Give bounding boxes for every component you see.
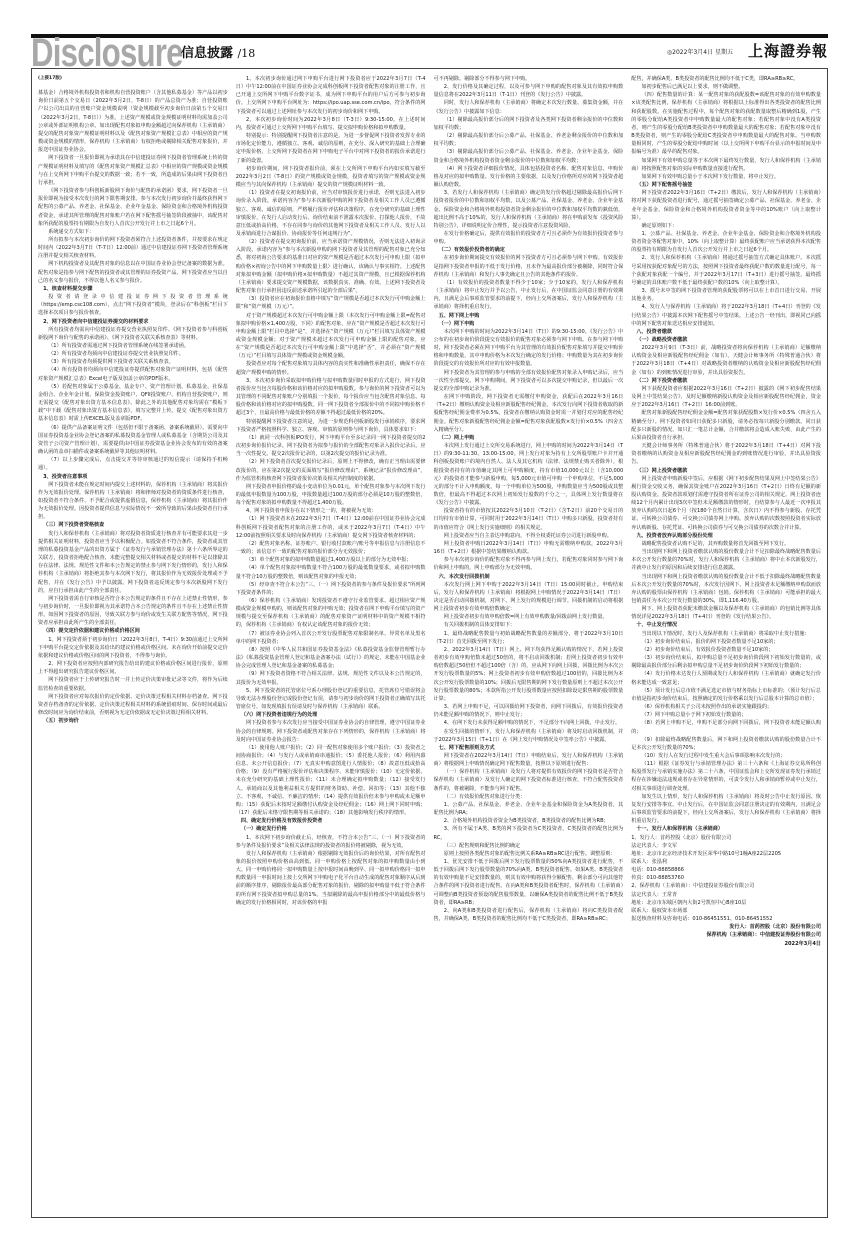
paragraph: （2）初步询价结束后，有效报价投资者数量不足10家的； [631, 646, 821, 654]
paragraph: 《网下投资者参与科创板新股网下询价与配售的承诺函》要求，网下投资者一旦报价即视为… [38, 187, 228, 228]
paragraph: 网下投资者应对每次报价的定价依据、定价决策过程相关材料存档备查。网下投资者存档备… [38, 693, 228, 717]
column-3: 可不再剔除。剔除部分不得参与网下申购。2、发行价格及其确定过程，以及可参与网下申… [434, 75, 624, 1211]
paragraph: 可不再剔除。剔除部分不得参与网下申购。 [434, 75, 624, 83]
paragraph: 网上投资者初步有效申购倍数=网上有效申购数量/回拨前网上发行数量。 [434, 613, 624, 621]
paragraph: 网下、网上投资者获配未缴款金额以及保荐机构（主承销商）的包销比例等具体情况详见2… [631, 605, 821, 621]
paragraph: （3）剔除最高报价部分后公募产品、社保基金、养老金、企业年金基金、保险资金和合格… [434, 148, 624, 164]
paragraph: 3、摇号未中签的网下投资者管理的获配股票将可以在上市首日进行交易、开展其他业务。 [631, 287, 821, 303]
dateline: ◎2022年3月4日 星期五 [667, 47, 733, 56]
section-heading: 九、投资者放弃认购部分股份处理 [631, 532, 821, 540]
section-heading: 2、网下投资者向中信建投证券提交的材料要求 [38, 318, 228, 326]
paragraph: （4）单个配售对象拟申购数量不符合100万股的最低数量要求，或者拟申购数量不符合… [236, 564, 426, 580]
section-heading: （四）提交定价依据和建议价格或价格区间 [38, 627, 228, 635]
paragraph: （1）剔除最高报价部分后的网下投资者及各类网下投资者剩余报价的中位数和加权平均数… [434, 116, 624, 132]
paragraph: 2、发行价格及其确定过程，以及可参与网下申购的配售对象及其有效拟申购数量信息将在… [434, 83, 624, 99]
paragraph: 投资者请登录中信建投证券网下投资者管理系统（https://emp.csc108… [38, 293, 228, 317]
paragraph: 网上投资者申购日2022年3月14日（T日）申购无需缴纳申购款，2022年3月1… [434, 540, 624, 556]
paragraph: （1）初步询价结束后，报价的网下投资者数量不足10家的； [631, 638, 821, 646]
paragraph: 2、保荐机构（主承销商）：中信建投证券股份有限公司 [631, 882, 821, 890]
paragraph: 如果网下有效申购总量等于本次网下最终发行数量，发行人和保荐机构（主承销商）将按照… [631, 157, 821, 173]
paragraph: 2、网下投资者应按照内部研究报告给出的建议价格或价格区间进行报价，原则上不得超出… [38, 660, 228, 676]
article-columns: (上接17版) 募基金）合格境外机构投资者和机构自营投资账户（含其他私募基金）等… [38, 75, 821, 1211]
paragraph: 2、向A类和B类投资者进行配售后，保荐机构（主承销商）将向C类投资者配售，并确保… [434, 907, 624, 923]
paragraph: 2022年3月9日（T-3日）前，战略投资者将向保荐机构（主承销商）足额缴纳认购… [631, 344, 821, 377]
paragraph: （2）投资者在提交初询报价前，应当承诺资产规模情况，否则无法进入初询录入阶段。承… [236, 238, 426, 295]
section-heading: 八、投资者缴款 [631, 328, 821, 336]
paragraph: 所有拟参与本次初步询价的网下投资者须符合上述投资者条件，并按要求在规定时间内（2… [38, 236, 228, 260]
paragraph: 联系人：张泓利 [631, 858, 821, 866]
paragraph: （一）保荐机构（主承销商）及发行人将对提供有效报价的网下投资者是否符合保荐机构（… [434, 768, 624, 792]
masthead: Disclosure 信息披露 /18 ◎2022年3月4日 星期五 上海證券報 [31, 40, 828, 66]
section-heading: 四、确定发行价格及有效报价投资者 [236, 817, 426, 825]
paragraph: 1、优先安排不低于回拨后网下发行股票数量的50%向A类投资者进行配售，不低于回拨… [434, 858, 624, 907]
section-heading: （一）战略投资者缴款 [631, 336, 821, 344]
section-heading: 十一、发行人和保荐机构（主承销商） [631, 825, 821, 833]
paragraph: 网下投资者需自行审核是否符合本公告规定的条件且不存在上述禁止性情形，参与初步询价… [38, 595, 228, 628]
section-heading: （一）确定发行价格 [236, 825, 426, 833]
paragraph: （2）配售对象名称、证券账户、银行收付款账户/账号等申报信息与注册信息不一致的；… [236, 540, 426, 556]
paragraph: （2）剔除最高报价部分后公募产品、社保基金、养老金剩余报价的中位数和加权平均数； [434, 132, 624, 148]
paragraph: 1、本次网下初步询价截止后，经核查，不符合本公告“三、（一）网下投资者的参与条件… [236, 834, 426, 850]
paragraph: 参与本次初步询价的配售对象不得再参与网上发行，若配售对象同时参与网下询价和网上申… [434, 556, 624, 572]
paragraph: 当出现以下情况时，发行人及保荐机构（主承销商）将采取中止发行措施： [631, 630, 821, 638]
paragraph: 在发行价格确定后，提供有效报价的投资者方可且必须作为有效报价投资者参与申购。 [434, 230, 624, 246]
paragraph: 网下投资者申报价格的最小变动单位为0.01元，单个配售对象参与本次网下发行的最低… [236, 483, 426, 507]
column-1: (上接17版) 募基金）合格境外机构投资者和机构自营投资账户（含其他私募基金）等… [38, 75, 228, 1211]
paragraph: 网下投资者未能在规定时间内提交上述材料的，保荐机构（主承销商）将其报价作为无效报… [38, 481, 228, 522]
paragraph: （5）若配售对象属于公募基金、基金专户、资产管理计划、私募基金、社保基金组合、企… [38, 383, 228, 424]
paragraph: 法定代表人：王常青 [631, 891, 821, 899]
paragraph: （9）网下投资者资格不符合相关法律、法规、规范性文件以及本公告规定的，其报价为无… [236, 670, 426, 686]
paragraph: 3、本次初步询价采取拟申购价格与拟申购数量同时申报的方式进行，网下投资者报价应当… [236, 377, 426, 418]
paragraph: （8）若网上申购不足，申购不足部分向网下回拨后，网下投资者未能足额认购的； [631, 719, 821, 735]
paragraph: （1）投资者在提交初询报价前，应当对审慎报价进行承诺，否则无法进入初步询价录入阶… [236, 189, 426, 238]
paragraph: 有关回拨机制的具体安排如下： [434, 621, 624, 629]
paragraph: 在发生回拨的情形下，发行人和保荐机构（主承销商）将及时启动回拨机制，并于2022… [434, 728, 624, 744]
paragraph: （1）有效报价的投资者数量不得少于10家；少于10家的，发行人和保荐机构（主承销… [434, 279, 624, 312]
section-heading: （五）网下配售摇号抽签 [631, 181, 821, 189]
paragraph: 当出现网下和网上投资者缴款认购的股份数量合计不低于扣除最终战略配售数量后本次公开… [631, 573, 821, 606]
paragraph: 网下投资者在2022年3月14日（T日）申购结束后，发行人和保荐机构（主承销商）… [434, 752, 624, 768]
column-1-body: 募基金）合格境外机构投资者和机构自营投资账户（含其他私募基金）等产品以初步询价日… [38, 89, 228, 725]
paragraph: （6）保荐机构相关子公司未按照作出的承诺实施跟投的； [631, 703, 821, 711]
newspaper-logo: 上海證券報 [748, 40, 828, 61]
paragraph: 1、公募产品、社保基金、养老金、企业年金基金、保险资金和合格境外机构投资者资金等… [631, 230, 821, 254]
paragraph: 2、发行人和保荐机构（主承销商）将通过摇号抽签方式确定具体账户。本次摇号采用按获… [631, 254, 821, 287]
paragraph: （2）网下投资者首次提交报价记录后，原则上不得修改，确有正当理由需要修改报价的，… [236, 458, 426, 482]
paragraph: 1、发行人：首药控股（北京）股份有限公司 [631, 834, 821, 842]
paragraph: 网上投资者申购新股中签后，应根据《网下初步配售结果及网上中签结果公告》履行资金交… [631, 475, 821, 532]
paragraph: （10）发行人在发行过程中发生重大会后事项影响本次发行的； [631, 752, 821, 760]
paragraph: 地址：北京市北京经济技术开发区荣华中路10号1幢A座22层2205 [631, 850, 821, 858]
paragraph: 确定原则如下： [631, 222, 821, 230]
paragraph: 1、网下投资者须于初步询价日（2022年3月8日，T-4日）9:30前通过上交所… [38, 636, 228, 660]
paragraph: （二）有效报价配售对象进行分类： [434, 793, 624, 801]
column-3-body: 可不再剔除。剔除部分不得参与网下申购。2、发行价格及其确定过程，以及可参与网下申… [434, 75, 624, 923]
paragraph: （8）按照《中华人民共和国证券投资基金法》《私募投资基金监督管理暂行办法》《私募… [236, 646, 426, 670]
section-brand-logo: Disclosure [31, 33, 183, 73]
paragraph: 系统递交方式如下： [38, 228, 228, 236]
paragraph: （四）配售数量的计算：某一配售对象的获配股数=该配售对象的有效申购数量×该类配售… [631, 91, 821, 156]
paragraph: （7）网下申购总量小于网下初始发行数量的； [631, 711, 821, 719]
paragraph: （2）所有投资者均须向中信建投证券提交营业执照复印件。 [38, 350, 228, 358]
paragraph: 报送核查材料及咨询电话：010-86451551、010-86451552 [631, 915, 821, 923]
paragraph: （6）提供产品备案证明文件（包括但不限于备案函、备案系统截屏）。需要向中国证券投… [38, 424, 228, 457]
paragraph: 战略配售投资者认购不足的，其弃购数量将首先回拨至网下发行。 [631, 540, 821, 548]
paragraph: （3）所有投资者均须提供网下投资者关联关系核查表。 [38, 358, 228, 366]
paragraph: （1）就同一次科创板IPO发行，网下申购平台至多记录同一网下投资者提交的2次初步… [236, 434, 426, 458]
paragraph: 传真：010-88853760 [631, 874, 821, 882]
paragraph: （4）发行价格未达发行人预期或发行人和保荐机构（主承销商）就确定发行价格未能达成… [631, 670, 821, 686]
section-name: 信息披露 [181, 46, 233, 61]
paragraph: 2、本次初步询价时间为2022年3月8日（T-3日）9:30-15:00。在上述… [236, 116, 426, 132]
paragraph: （5）预计发行后总市值不满足选定市值与财务指标上市标准的；（预计发行后总市值是指… [631, 687, 821, 703]
paragraph: （7）被证券业协会列入首次公开发行股票配售对象限制名单、异常名单及黑名单中的网下… [236, 630, 426, 646]
paragraph: 网下投资者应于上传研究报告时一并上传定价决策审批记录等文件，将作为后续监管检查的… [38, 676, 228, 692]
paragraph: 网下机构投资者及其配售对象的信息以在中国证券业协会登记备案的数据为准。配售对象是… [38, 260, 228, 284]
section-heading: 五、网下网上申购 [434, 312, 624, 320]
paragraph: 3、所有不属于A类、B类的网下投资者为C类投资者，C类投资者的配售比例为RC。 [434, 825, 624, 841]
paragraph: 在初步询价期间提交有效报价的网下投资者方可且必须参与网下申购。有效报价是指网下投… [434, 254, 624, 278]
paragraph: 4、网下投资者申报存在以下情形之一的，将被视为无效： [236, 507, 426, 515]
paragraph: 本次发行网上网下申购于2022年3月14日（T日）15:00同时截止。申购结束后… [434, 581, 624, 614]
paragraph: 1、本次初步询价通过网下申购平台进行网下投资者应于2022年3月7日（T-4日）… [236, 75, 426, 116]
paragraph: （11）根据《证券发行与承销管理办法》第三十六条和《上海证券交易所科创板股票发行… [631, 760, 821, 793]
paragraph: （1）所有投资者需通过网下投资者管理系统在线签署承诺函。 [38, 342, 228, 350]
section-heading: （二）网下投资者缴款 [631, 377, 821, 385]
paragraph: 特别提示：特别提醒网下投资者注意的是，为进一步督促网下投资者发挥专业的市场化定价… [236, 132, 426, 165]
paragraph: 1、最终战略配售数量与初始战略配售数量的差额部分，将于2022年3月10日（T-… [434, 630, 624, 646]
paragraph: 配售，并确保A类、B类投资者的配售比例均不低于C类，即RA≥RB≥RC。 [631, 75, 821, 83]
paragraph: （6）保荐机构（主承销商）发现投资者不遵守行业监管要求、超过相应资产规模或资金规… [236, 597, 426, 630]
paragraph: 4、发行人与保荐机构（主承销商）将于2022年3月18日（T+4日）刊登的《发行… [631, 303, 821, 327]
column-2: 1、本次初步询价通过网下申购平台进行网下投资者应于2022年3月7日（T-4日）… [236, 75, 426, 1211]
paragraph: 网下投资者为其管理的参与申购的全部有效报价配售对象录入申购记录后，应当一次性全部… [434, 369, 624, 393]
paragraph: （3）初步询价结束后，拟申购总量不足初步询价阶段网下初始发行数量的，或剔除最高报… [631, 654, 821, 670]
paragraph: 所有投资者均需向中信建投证券提交营业执照复印件、《网下投资者参与科创板新股网下询… [38, 326, 228, 342]
paragraph: 3、若网上申购不足，可以回拨给网下投资者，向网下回拨后，有效报价投资者仍未能足额… [434, 703, 624, 719]
section-heading: （六）网下投资者违规行为的处理 [236, 711, 426, 719]
paragraph: 网下投资者参与本次发行应当接受中国证券业协会的自律管理，遵守中国证券业协会的自律… [236, 719, 426, 743]
paragraph: 对于资产规模超过本次发行可申购金额上限（本次发行可申购金额上限=配售对象拟申购价… [236, 312, 426, 361]
paragraph: 特别提醒网下投资者注意的是，为进一步规范科创板新股发行承销秩序，要求网下投资者严… [236, 418, 426, 434]
paragraph: 原则上按照各类配售对象的配售比例关系RA≥RB≥RC进行配售。调整原则： [434, 850, 624, 858]
column-4-body: 配售，并确保A类、B类投资者的配售比例均不低于C类，即RA≥RB≥RC。如初步配… [631, 75, 821, 948]
column-2-body: 1、本次初步询价通过网下申购平台进行网下投资者应于2022年3月7日（T-4日）… [236, 75, 426, 907]
paragraph: 在网下申购阶段，网下投资者无需缴付申购资金，获配后在2022年3月16日（T+2… [434, 393, 624, 434]
paragraph: 当出现网下和网上投资者缴款认购的股份数量合计不足扣除最终战略配售数量后本次公开发… [631, 548, 821, 572]
section-heading: （五）初步询价 [38, 717, 228, 725]
section-heading: （二）网上申购 [434, 434, 624, 442]
paragraph: 联系人：股权资本市场部 [631, 907, 821, 915]
paragraph: 5、网下投资者的托管席位号系办理股份登记的重要信息，托管席位号错误将会导致无法办… [236, 687, 426, 711]
paragraph: （9）扣除最终战略配售数量后，网下和网上投资者缴款认购的股份数量合计不足本次公开… [631, 736, 821, 752]
paragraph: 同时，发行人和保荐机构（主承销商）将确定本次发行数量、募集资金额，并在《发行公告… [434, 99, 624, 115]
paragraph: （3）单个配售对象的拟申购数量超过1,400万股以上的部分为无效申报； [236, 556, 426, 564]
section-heading: 3、投资者注意事项 [38, 473, 228, 481]
continued-from-tag: (上接17版) [38, 75, 228, 83]
section-title: 信息披露 /18 [181, 42, 255, 61]
section-heading: （三）网下投资者资格核查 [38, 521, 228, 529]
paragraph: 电话：010-88858866 [631, 866, 821, 874]
paragraph: 2、合格境外机构投资者资金为B类投资者，B类投资者的配售比例为RB； [434, 817, 624, 825]
paragraph: 配售对象新股配售经纪佣金金额=配售对象获配股数×发行价×0.5%（四舍五入精确至… [631, 409, 821, 442]
paragraph: 如果网下有效申购总量小于本次网下发行数量，将中止发行。 [631, 173, 821, 181]
paragraph: 如发生以上情形，发行人和保荐机构（主承销商）将及时公告中止发行原因、恢复发行安排… [631, 793, 821, 826]
announcement-frame: (上接17版) 募基金）合格境外机构投资者和机构自营投资账户（含其他私募基金）等… [31, 68, 828, 1218]
paragraph: 法定代表人：李文军 [631, 842, 821, 850]
signature-line: 2022年3月4日 [631, 940, 821, 948]
section-heading: 十、中止发行情况 [631, 621, 821, 629]
paragraph: （4）网下投资者详细报价情况，具体包括投资者名称、配售对象信息、申购价格及对应的… [434, 165, 624, 189]
column-4: 配售，并确保A类、B类投资者的配售比例均不低于C类，即RA≥RB≥RC。如初步配… [631, 75, 821, 1211]
paragraph: 募基金）合格境外机构投资者和机构自营投资账户（含其他私募基金）等产品以初步询价日… [38, 89, 228, 154]
section-heading: （三）网上投资者缴款 [631, 467, 821, 475]
section-heading: （一）网下申购 [434, 320, 624, 328]
paragraph: 投资者持有的市值按其2022年3月10日（T-2日）（含T-2日）前20个交易日… [434, 507, 624, 531]
signature-line: 发行人：首药控股（北京）股份有限公司 [631, 923, 821, 931]
paragraph: （三）配售规则和配售比例的确定 [434, 842, 624, 850]
paragraph: 地址：北京市东城区朝内大街2号凯恒中心B座10层 [631, 899, 821, 907]
paragraph: 4、在网下发行未获得足额申购的情况下，不足部分不向网上回拨，中止发行。 [434, 719, 624, 727]
paragraph: 网下获配投资者应根据2022年3月16日（T+2日）披露的《网下初步配售结果及网… [631, 385, 821, 409]
paragraph: （4）所有投资者均须向中信建投证券提供配售对象资产证明材料，包括《配售对象资产规… [38, 366, 228, 382]
section-heading: 七、网下配售原则及方式 [434, 744, 624, 752]
paragraph: 发行人和保荐机构（主承销商）根据剔除无效报价后的询价结果，对所有配售对象的报价按… [236, 850, 426, 907]
section-heading: （二）有效报价投资者的确定 [434, 246, 624, 254]
paragraph: （1）使用他人账户报价；（2）同一配售对象使用多个账户报价；（3）投资者之间协商… [236, 744, 426, 817]
paragraph: 如初步配售后已满足以上要求，则不做调整。 [631, 83, 821, 91]
paragraph: 1、公募产品、社保基金、养老金、企业年金基金和保险资金为A类投资者，其配售比例为… [434, 801, 624, 817]
paragraph: 3、若发行人和保荐机构（主承销商）确定的发行价格超过剔除最高报价后网下投资者报价… [434, 189, 624, 230]
paragraph: （7）以上步骤完成后，点击提交并等待审核通过的短信提示（请保持手机畅通）。 [38, 456, 228, 472]
paragraph: （3）投资者应在初询报价表格中填写“资产规模是否超过本次发行可申购金额上限”和“… [236, 295, 426, 311]
section-heading: 六、本次发行回拨机制 [434, 573, 624, 581]
paragraph: 网下投资者一旦报价即视为承诺其在中信建投证券网下投资者管理系统上传的资产规模证明… [38, 154, 228, 187]
paragraph: 网上投资者应当自主表达申购意向，不得全权委托证券公司进行新股申购。 [434, 532, 624, 540]
section-heading: 1、核查材料提交步骤 [38, 285, 228, 293]
paragraph: （5）经审查不符合本公告“三、（一）网下投资者的参与条件及报价要求”所列网下投资… [236, 581, 426, 597]
paragraph: 天健会计师事务所（特殊普通合伙）将于2022年3月18日（T+4日）对网下投资者… [631, 442, 821, 466]
paragraph: （1）网下投资者未在2022年3月7日（T-4日）12:00前在中国证券业协会完… [236, 515, 426, 539]
paragraph: 网下投资者2022年3月16日（T+2日）缴款后，发行人和保荐机构（主承销商）将… [631, 189, 821, 222]
signature-line: 保荐机构（主承销商）：中信建投证券股份有限公司 [631, 931, 821, 939]
page-number: /18 [238, 47, 256, 60]
paragraph: 投资者应对每个配售对象填写具体内容的真实性和准确性承担责任，确保不存在超资产规模… [236, 360, 426, 376]
paragraph: 发行人和保荐机构（主承销商）将对投资者资质进行核查并有可能要求其进一步提供相关证… [38, 530, 228, 595]
paragraph: 本次网上发行通过上交所交易系统进行，网上申购的时间为2022年3月14日（T日）… [434, 442, 624, 507]
paragraph: 2、2022年3月14日（T日）网上、网下均获得足额认购的情况下，若网上投资者初… [434, 646, 624, 703]
paragraph: 初步询价期间，网下投资者报价前，须在上交所网下申购平台内如实填写截至2022年3… [236, 165, 426, 189]
paragraph: 本次网下申购的时间为2022年3月14日（T日）的9:30-15:00。《发行公… [434, 328, 624, 369]
